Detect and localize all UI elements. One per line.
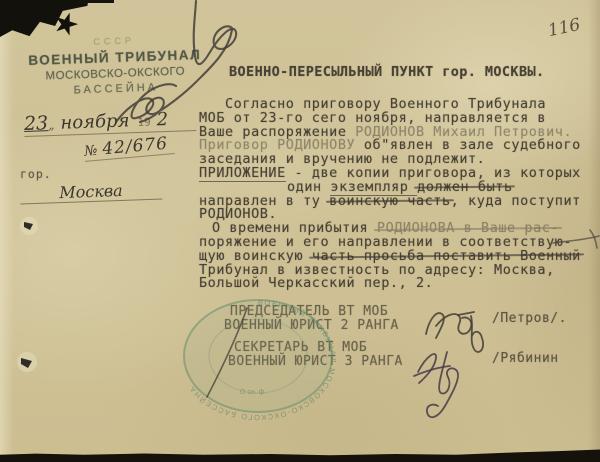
number-sign: №	[84, 143, 99, 160]
torn-corner	[0, 0, 95, 42]
letterhead-stamp: СССР ВОЕННЫЙ ТРИБУНАЛ МОСКОВСКО-ОКСКОГО …	[13, 32, 217, 98]
date-year-printed: 19	[137, 116, 151, 129]
scan-bottom-edge	[0, 446, 600, 462]
body-segment: РОДИОНОВ Михаил Петрович.	[355, 124, 572, 140]
city-value: Москва	[59, 181, 123, 202]
city-label: гор.	[20, 167, 52, 181]
number-value: 42/676	[102, 134, 169, 160]
body-segment: воинскую часть	[329, 193, 451, 209]
signature1-title-line1: ПРЕДСЕДАТЕЛЬ ВТ МОБ	[230, 304, 388, 319]
body-segment: ПРИЛОЖЕНИЕ	[199, 165, 286, 182]
document-scan: СССР ВОЕННЫЙ ТРИБУНАЛ МОСКОВСКО-ОКСКОГО …	[0, 0, 600, 462]
signature2-title-line2: ВОЕННЫЙ ЮРИСТ 3 РАНГА	[228, 354, 403, 369]
body-line: Большой Черкасский пер., 2.	[199, 277, 599, 291]
signature2-title-line1: СЕКРЕТАРЬ ВТ МОБ	[234, 340, 367, 355]
body-segment: Большой Черкасский пер., 2.	[199, 275, 433, 291]
signature1-title-line2: ВОЕННЫЙ ЮРИСТ 2 РАНГА	[224, 318, 399, 333]
body-lines: Согласно приговору Военного ТрибуналаМОБ…	[199, 98, 599, 291]
signature1-autograph	[426, 312, 483, 352]
date-year-written: 2	[156, 109, 168, 130]
paper-hole-marks	[17, 217, 38, 372]
stamp-bottom-text: О сн. ф.	[240, 389, 266, 396]
left-edge-highlight	[0, 0, 14, 462]
document-number: № 42/676	[83, 133, 175, 162]
top-edge-mark	[78, 0, 114, 3]
city-line: гор. Москва	[20, 163, 200, 202]
body-text: Согласно приговору Военного ТрибуналаМОБ…	[199, 98, 599, 291]
signature1-name: /Петров/.	[492, 311, 567, 326]
body-segment: часть просьба поставить Военный	[312, 248, 581, 264]
archive-page-number: 116	[546, 15, 582, 41]
body-segment: РОДИОНОВА в Ваше рас-	[377, 220, 559, 236]
city-underline: Москва	[20, 180, 163, 205]
body-segment: Приговор РОДИОНОВУ	[199, 137, 355, 153]
signature2-autograph	[414, 352, 458, 417]
date-day: 23	[24, 112, 49, 135]
date-month: ноября	[60, 110, 130, 133]
signature2-name: /Рябинин	[492, 351, 559, 366]
document-title: ВОЕННО-ПЕРЕСЫЛЬНЫЙ ПУНКТ гор. МОСКВЫ.	[229, 64, 594, 80]
date-quote-mark: „	[48, 118, 55, 132]
